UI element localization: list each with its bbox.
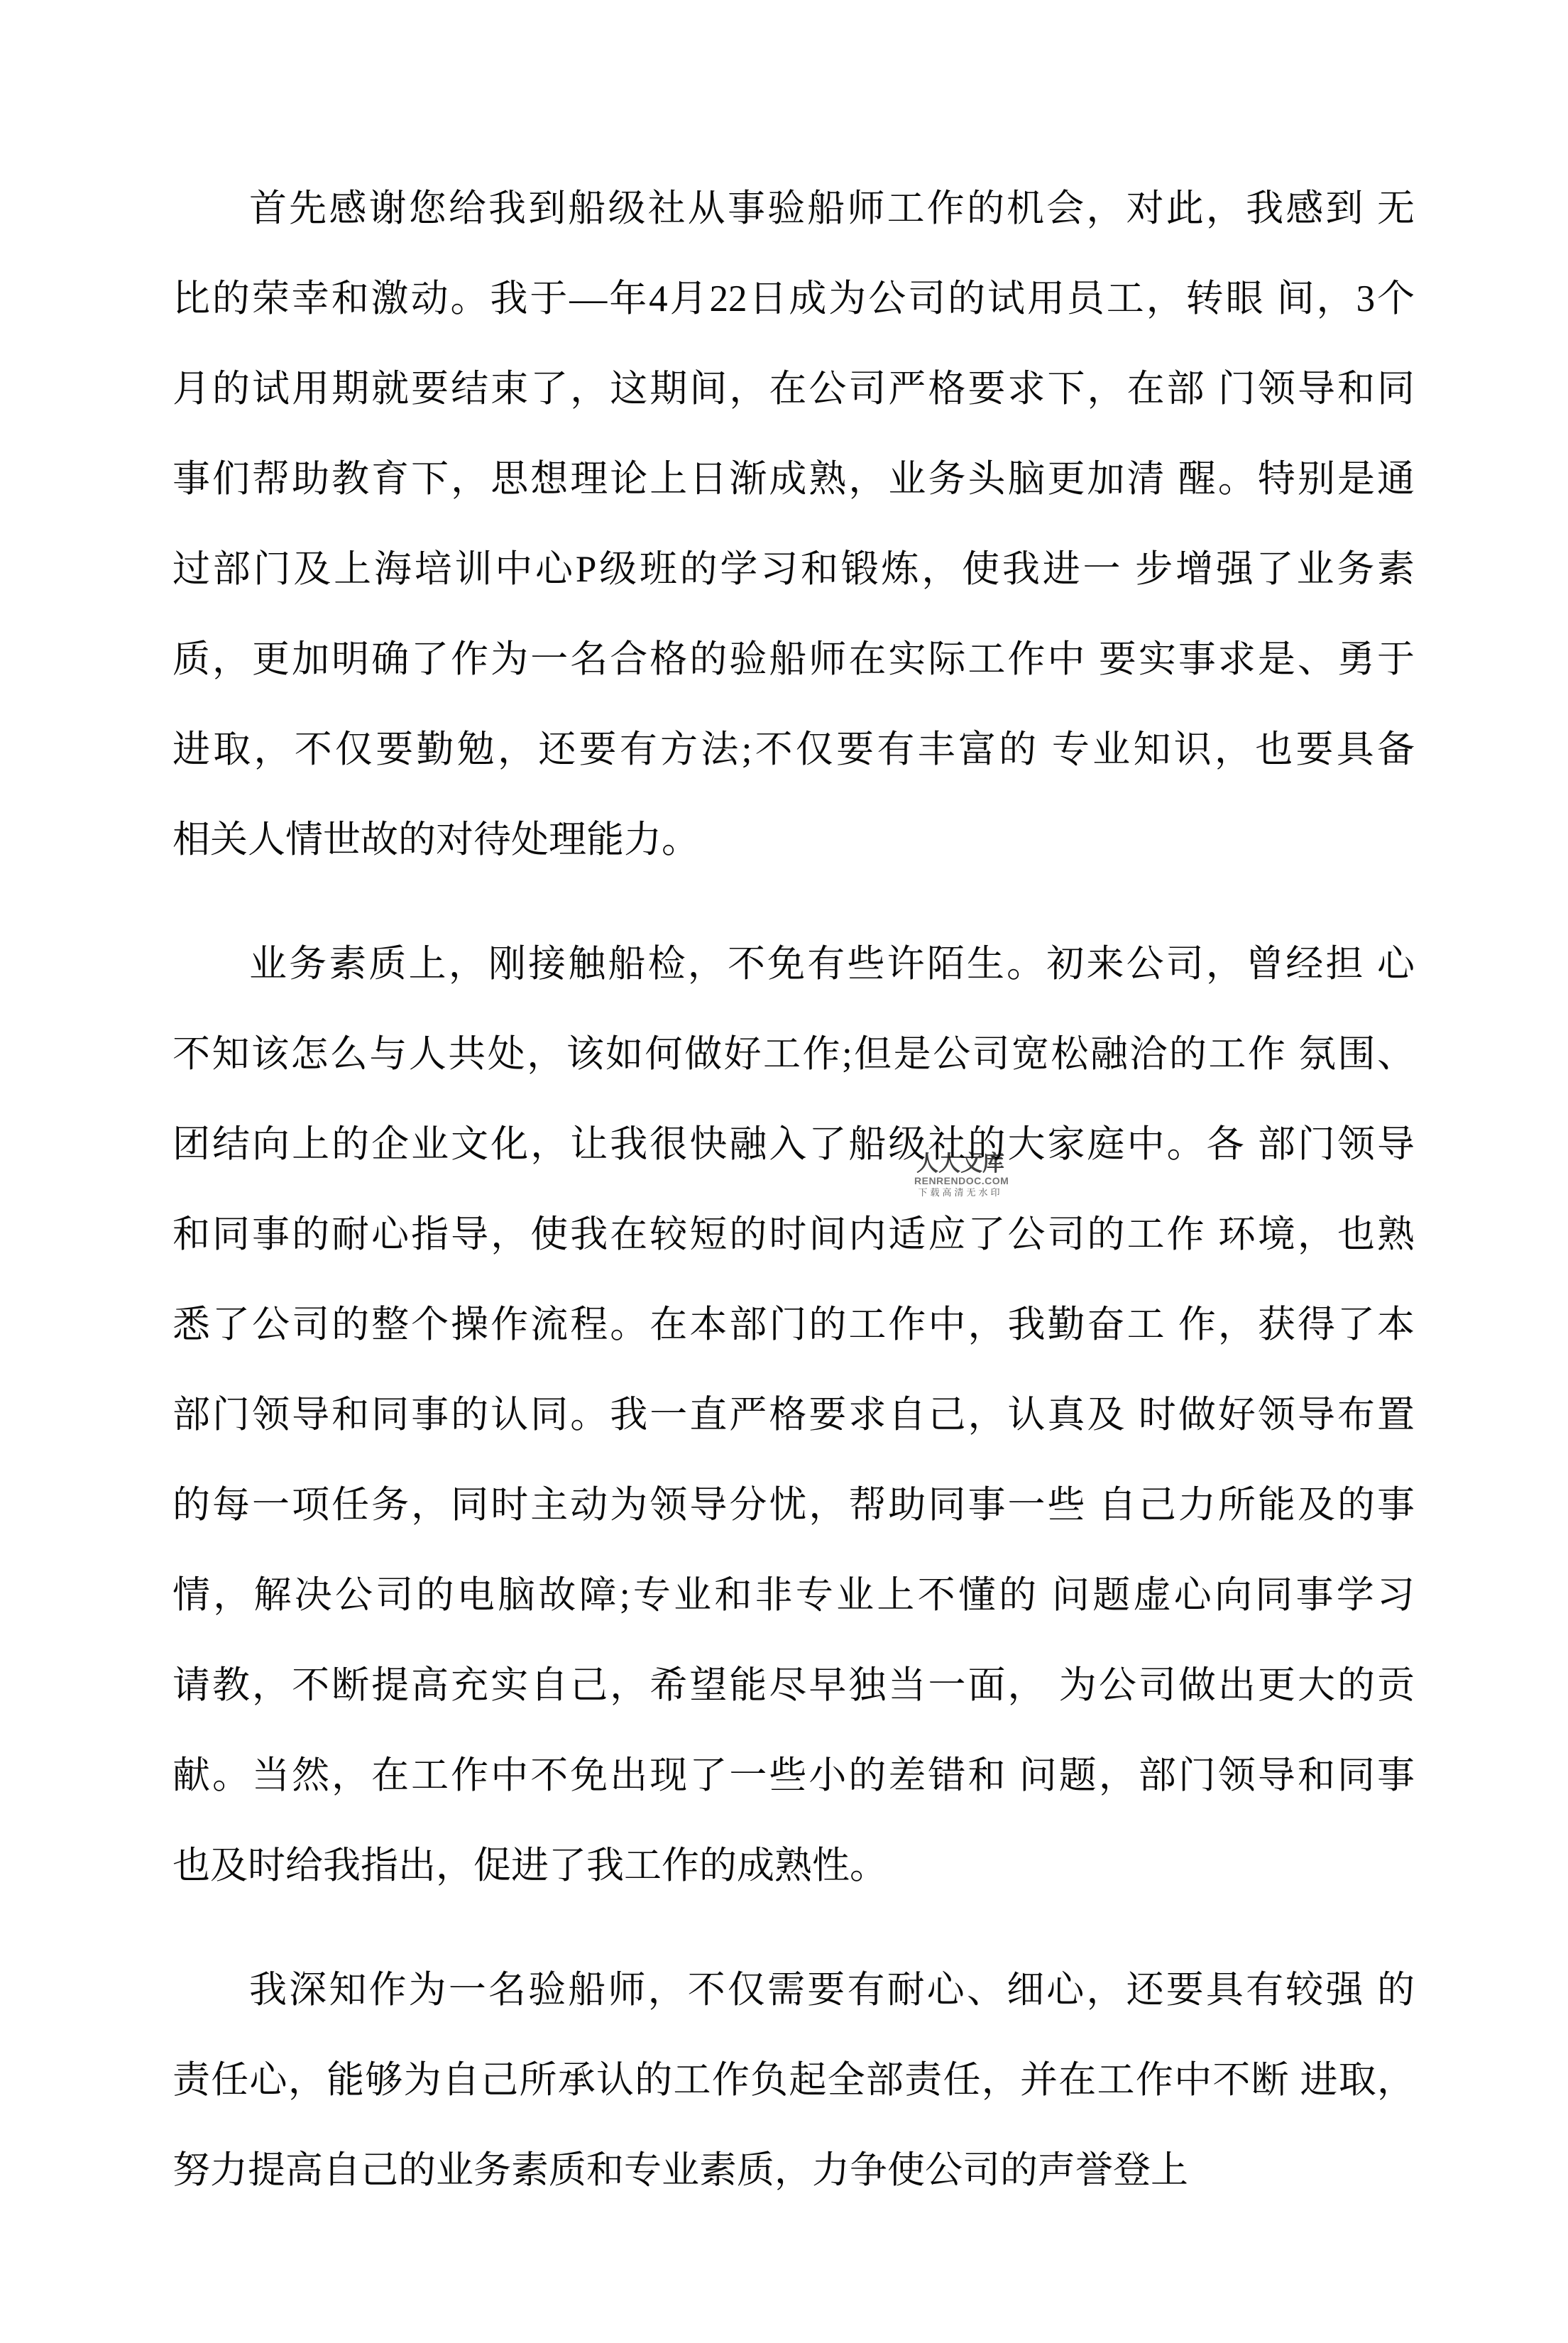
text-line: 部门领导和同事的认同。我一直严格要求自己，认真及 时做好领导布置 <box>172 1370 1415 1460</box>
text-line: 事们帮助教育下，思想理论上日渐成熟，业务头脑更加清 醒。特别是通 <box>172 435 1415 525</box>
text-line: 悉了公司的整个操作流程。在本部门的工作中，我勤奋工 作，获得了本 <box>172 1280 1415 1370</box>
text-line: 首先感谢您给我到船级社从事验船师工作的机会，对此，我感到 无 <box>172 164 1415 254</box>
text-line: 责任心，能够为自己所承认的工作负起全部责任，并在工作中不断 进取， <box>172 2036 1415 2126</box>
text-line: 质，更加明确了作为一名合格的验船师在实际工作中 要实事求是、勇于 <box>172 615 1415 705</box>
text-line: 我深知作为一名验船师，不仅需要有耐心、细心，还要具有较强 的 <box>172 1945 1415 2036</box>
text-line: 月的试用期就要结束了，这期间，在公司严格要求下，在部 门领导和同 <box>172 344 1415 435</box>
text-line: 请教，不断提高充实自己，希望能尽早独当一面， 为公司做出更大的贡 <box>172 1641 1415 1731</box>
text-line: 也及时给我指出，促进了我工作的成熟性。 <box>172 1821 1415 1911</box>
text-line: 的每一项任务，同时主动为领导分忧，帮助同事一些 自己力所能及的事 <box>172 1460 1415 1551</box>
document-page: 人人文库 RENRENDOC.COM 下载高清无水印 首先感谢您给我到船级社从事… <box>0 0 1568 2343</box>
text-line: 进取，不仅要勤勉，还要有方法;不仅要有丰富的 专业知识，也要具备 <box>172 705 1415 795</box>
text-line: 努力提高自己的业务素质和专业素质，力争使公司的声誉登上 <box>172 2126 1415 2216</box>
text-line: 比的荣幸和激动。我于—年4月22日成为公司的试用员工，转眼 间，3个 <box>172 254 1415 344</box>
text-line: 情，解决公司的电脑故障;专业和非专业上不懂的 问题虚心向同事学习 <box>172 1551 1415 1641</box>
paragraph: 我深知作为一名验船师，不仅需要有耐心、细心，还要具有较强 的责任心，能够为自己所… <box>172 1945 1415 2216</box>
paragraph: 首先感谢您给我到船级社从事验船师工作的机会，对此，我感到 无比的荣幸和激动。我于… <box>172 164 1415 885</box>
text-line: 相关人情世故的对待处理能力。 <box>172 795 1415 885</box>
text-line: 和同事的耐心指导，使我在较短的时间内适应了公司的工作 环境，也熟 <box>172 1190 1415 1280</box>
text-line: 不知该怎么与人共处，该如何做好工作;但是公司宽松融洽的工作 氛围、 <box>172 1010 1415 1100</box>
text-line: 献。当然，在工作中不免出现了一些小的差错和 问题，部门领导和同事 <box>172 1731 1415 1821</box>
text-line: 业务素质上，刚接触船检，不免有些许陌生。初来公司，曾经担 心 <box>172 919 1415 1010</box>
paragraph: 业务素质上，刚接触船检，不免有些许陌生。初来公司，曾经担 心不知该怎么与人共处，… <box>172 919 1415 1911</box>
text-line: 团结向上的企业文化，让我很快融入了船级社的大家庭中。各 部门领导 <box>172 1100 1415 1190</box>
document-body: 首先感谢您给我到船级社从事验船师工作的机会，对此，我感到 无比的荣幸和激动。我于… <box>172 164 1415 2216</box>
text-line: 过部门及上海培训中心P级班的学习和锻炼，使我进一 步增强了业务素 <box>172 525 1415 615</box>
